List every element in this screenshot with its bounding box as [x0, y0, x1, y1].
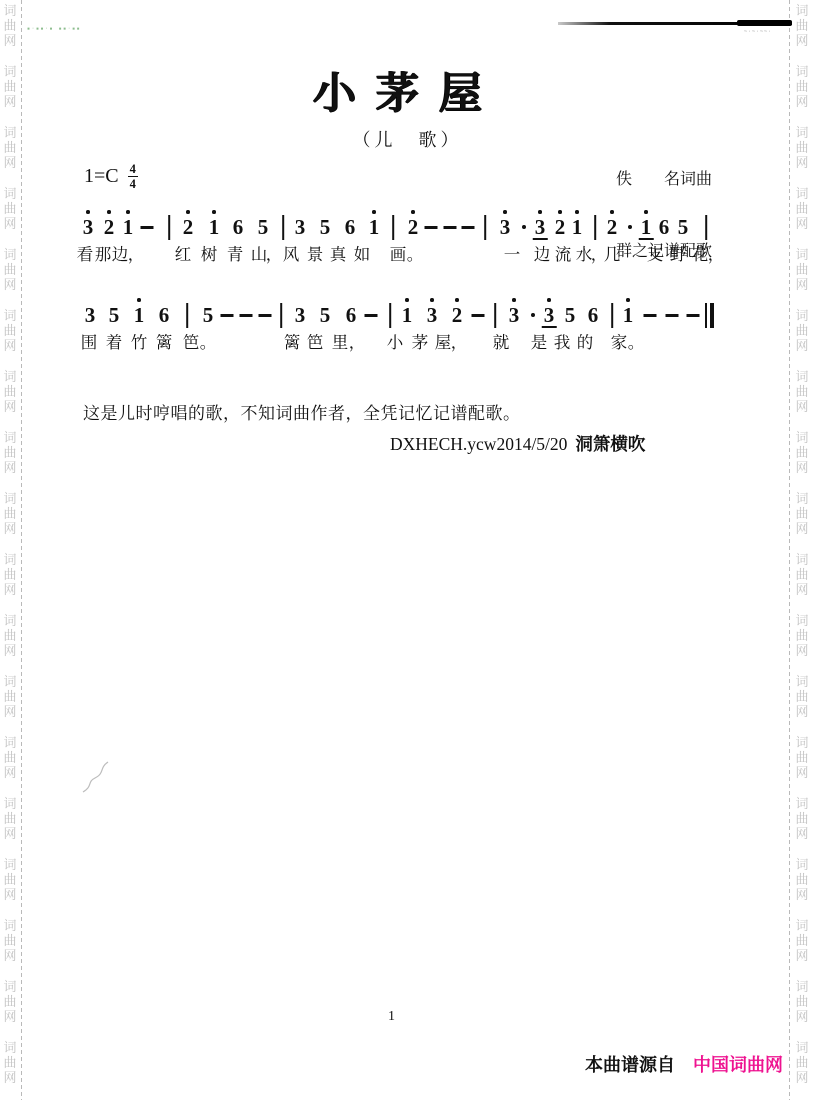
- note-digit: 5: [320, 304, 331, 326]
- dash-prolong: [666, 314, 679, 317]
- dash-prolong: [365, 314, 378, 317]
- octave-dot: [430, 298, 434, 302]
- barline: [611, 303, 613, 328]
- lyric-syllable: 景: [307, 245, 324, 264]
- dash-prolong: [462, 226, 475, 229]
- dash-prolong: [221, 314, 234, 317]
- lyric-syllable: 竹: [131, 333, 148, 352]
- lyric-syllable: 真: [330, 245, 347, 264]
- note-digit: 2: [607, 216, 618, 238]
- note-digit: 2: [452, 304, 463, 326]
- signature-name: 洞箫横吹: [575, 434, 645, 454]
- dash-prolong: [240, 314, 253, 317]
- note-digit: 6: [345, 216, 356, 238]
- octave-dot: [455, 298, 459, 302]
- lyric-syllable: ，: [708, 245, 725, 264]
- note-digit: 3: [83, 216, 94, 238]
- note-digit: 5: [565, 304, 576, 326]
- dash-prolong: [259, 314, 272, 317]
- lyric-syllable: 支: [647, 245, 664, 264]
- note-digit: 5: [258, 216, 269, 238]
- barline: [389, 303, 391, 328]
- sheet-music-page: 词曲网词曲网词曲网词曲网词曲网词曲网词曲网词曲网词曲网词曲网词曲网词曲网词曲网词…: [0, 0, 815, 1100]
- lyric-syllable: 一: [504, 245, 521, 264]
- source-prefix: 本曲谱源自: [585, 1051, 675, 1077]
- lyric-syllable: 画: [390, 245, 407, 264]
- dash-prolong: [425, 226, 438, 229]
- lyric-syllable: 如: [354, 245, 371, 264]
- remark-text: 这是儿时哼唱的歌，不知词曲作者，全凭记忆记谱配歌。: [83, 399, 521, 424]
- source-brand: 中国词曲网: [693, 1051, 783, 1077]
- octave-dot: [575, 210, 579, 214]
- dash-prolong: [472, 314, 485, 317]
- signature-latin: DXHECH.ycw2014/5/20: [390, 434, 567, 454]
- note-digit: 6: [346, 304, 357, 326]
- lyric-syllable: 花: [692, 245, 709, 264]
- note-digit: 5: [320, 216, 331, 238]
- barline: [594, 215, 596, 240]
- lyric-syllable: 茅: [412, 333, 429, 352]
- note-digit: 3: [542, 304, 557, 328]
- barline: [282, 215, 284, 240]
- lyric-syllable: 流: [555, 245, 572, 264]
- lyric-syllable: 树: [201, 245, 218, 264]
- note-digit: 2: [408, 216, 419, 238]
- lyric-syllable: 的: [577, 333, 594, 352]
- note-digit: 2: [555, 216, 566, 238]
- note-digit: 3: [295, 304, 306, 326]
- octave-dot: [512, 298, 516, 302]
- lyric-syllable: 那: [95, 245, 112, 264]
- note-digit: 6: [588, 304, 599, 326]
- octave-dot: [212, 210, 216, 214]
- octave-dot: [126, 210, 130, 214]
- note-digit: 1: [369, 216, 380, 238]
- note-digit: 5: [109, 304, 120, 326]
- octave-dot: [372, 210, 376, 214]
- note-digit: 2: [183, 216, 194, 238]
- octave-dot: [137, 298, 141, 302]
- lyric-syllable: 。: [200, 333, 217, 352]
- signature-line: DXHECH.ycw2014/5/20洞箫横吹: [390, 431, 645, 456]
- note-digit: 1: [639, 216, 654, 240]
- source-credit-line: 本曲谱源自 中国词曲网: [585, 1051, 783, 1077]
- augmentation-dot: [628, 225, 632, 229]
- octave-dot: [405, 298, 409, 302]
- notation-score: 32121653561233212165看那边，红树青山，风景真如画。一边流水，…: [0, 0, 815, 1100]
- lyric-syllable: ，: [451, 333, 468, 352]
- octave-dot: [86, 210, 90, 214]
- note-digit: 2: [104, 216, 115, 238]
- octave-dot: [558, 210, 562, 214]
- barline: [494, 303, 496, 328]
- note-digit: 1: [123, 216, 134, 238]
- lyric-syllable: 。: [628, 333, 645, 352]
- note-digit: 1: [402, 304, 413, 326]
- barline: [705, 215, 707, 240]
- note-digit: 1: [572, 216, 583, 238]
- lyric-syllable: 边: [534, 245, 551, 264]
- note-digit: 1: [134, 304, 145, 326]
- barline: [168, 215, 170, 240]
- note-digit: 3: [427, 304, 438, 326]
- octave-dot: [644, 210, 648, 214]
- lyric-syllable: 我: [554, 333, 571, 352]
- dash-prolong: [141, 226, 154, 229]
- lyric-syllable: 家: [611, 333, 628, 352]
- note-digit: 3: [533, 216, 548, 240]
- lyric-syllable: 几: [604, 245, 621, 264]
- note-digit: 5: [678, 216, 689, 238]
- lyric-syllable: 风: [283, 245, 300, 264]
- octave-dot: [626, 298, 630, 302]
- lyric-syllable: 笆: [183, 333, 200, 352]
- lyric-syllable: 边: [112, 245, 129, 264]
- lyric-syllable: 笆: [307, 333, 324, 352]
- note-digit: 6: [233, 216, 244, 238]
- lyric-syllable: 篱: [284, 333, 301, 352]
- lyric-syllable: 小: [387, 333, 404, 352]
- barline: [392, 215, 394, 240]
- pen-squiggle-artifact: [78, 757, 114, 799]
- final-double-barline: [705, 303, 714, 328]
- barline: [186, 303, 188, 328]
- octave-dot: [610, 210, 614, 214]
- lyric-syllable: 青: [227, 245, 244, 264]
- augmentation-dot: [522, 225, 526, 229]
- lyric-syllable: 野: [670, 245, 687, 264]
- note-digit: 1: [209, 216, 220, 238]
- barline: [280, 303, 282, 328]
- note-digit: 3: [295, 216, 306, 238]
- lyric-syllable: ，: [349, 333, 366, 352]
- note-digit: 1: [623, 304, 634, 326]
- note-digit: 6: [659, 216, 670, 238]
- octave-dot: [538, 210, 542, 214]
- octave-dot: [411, 210, 415, 214]
- note-digit: 3: [500, 216, 511, 238]
- octave-dot: [107, 210, 111, 214]
- barline: [484, 215, 486, 240]
- dash-prolong: [687, 314, 700, 317]
- lyric-syllable: 红: [175, 245, 192, 264]
- octave-dot: [186, 210, 190, 214]
- note-digit: 5: [203, 304, 214, 326]
- dash-prolong: [444, 226, 457, 229]
- note-digit: 3: [85, 304, 96, 326]
- lyric-syllable: 着: [106, 333, 123, 352]
- lyric-syllable: 就: [493, 333, 510, 352]
- note-digit: 3: [509, 304, 520, 326]
- octave-dot: [503, 210, 507, 214]
- lyric-syllable: 。: [407, 245, 424, 264]
- lyric-syllable: 篱: [156, 333, 173, 352]
- lyric-syllable: 是: [531, 333, 548, 352]
- lyric-syllable: 屋: [435, 333, 452, 352]
- lyric-syllable: 里: [332, 333, 349, 352]
- dash-prolong: [644, 314, 657, 317]
- page-number: 1: [388, 1009, 395, 1025]
- augmentation-dot: [531, 313, 535, 317]
- lyric-syllable: 围: [81, 333, 98, 352]
- lyric-syllable: 看: [77, 245, 94, 264]
- lyric-syllable: ，: [128, 245, 145, 264]
- note-digit: 6: [159, 304, 170, 326]
- octave-dot: [547, 298, 551, 302]
- lyric-syllable: ，: [266, 245, 283, 264]
